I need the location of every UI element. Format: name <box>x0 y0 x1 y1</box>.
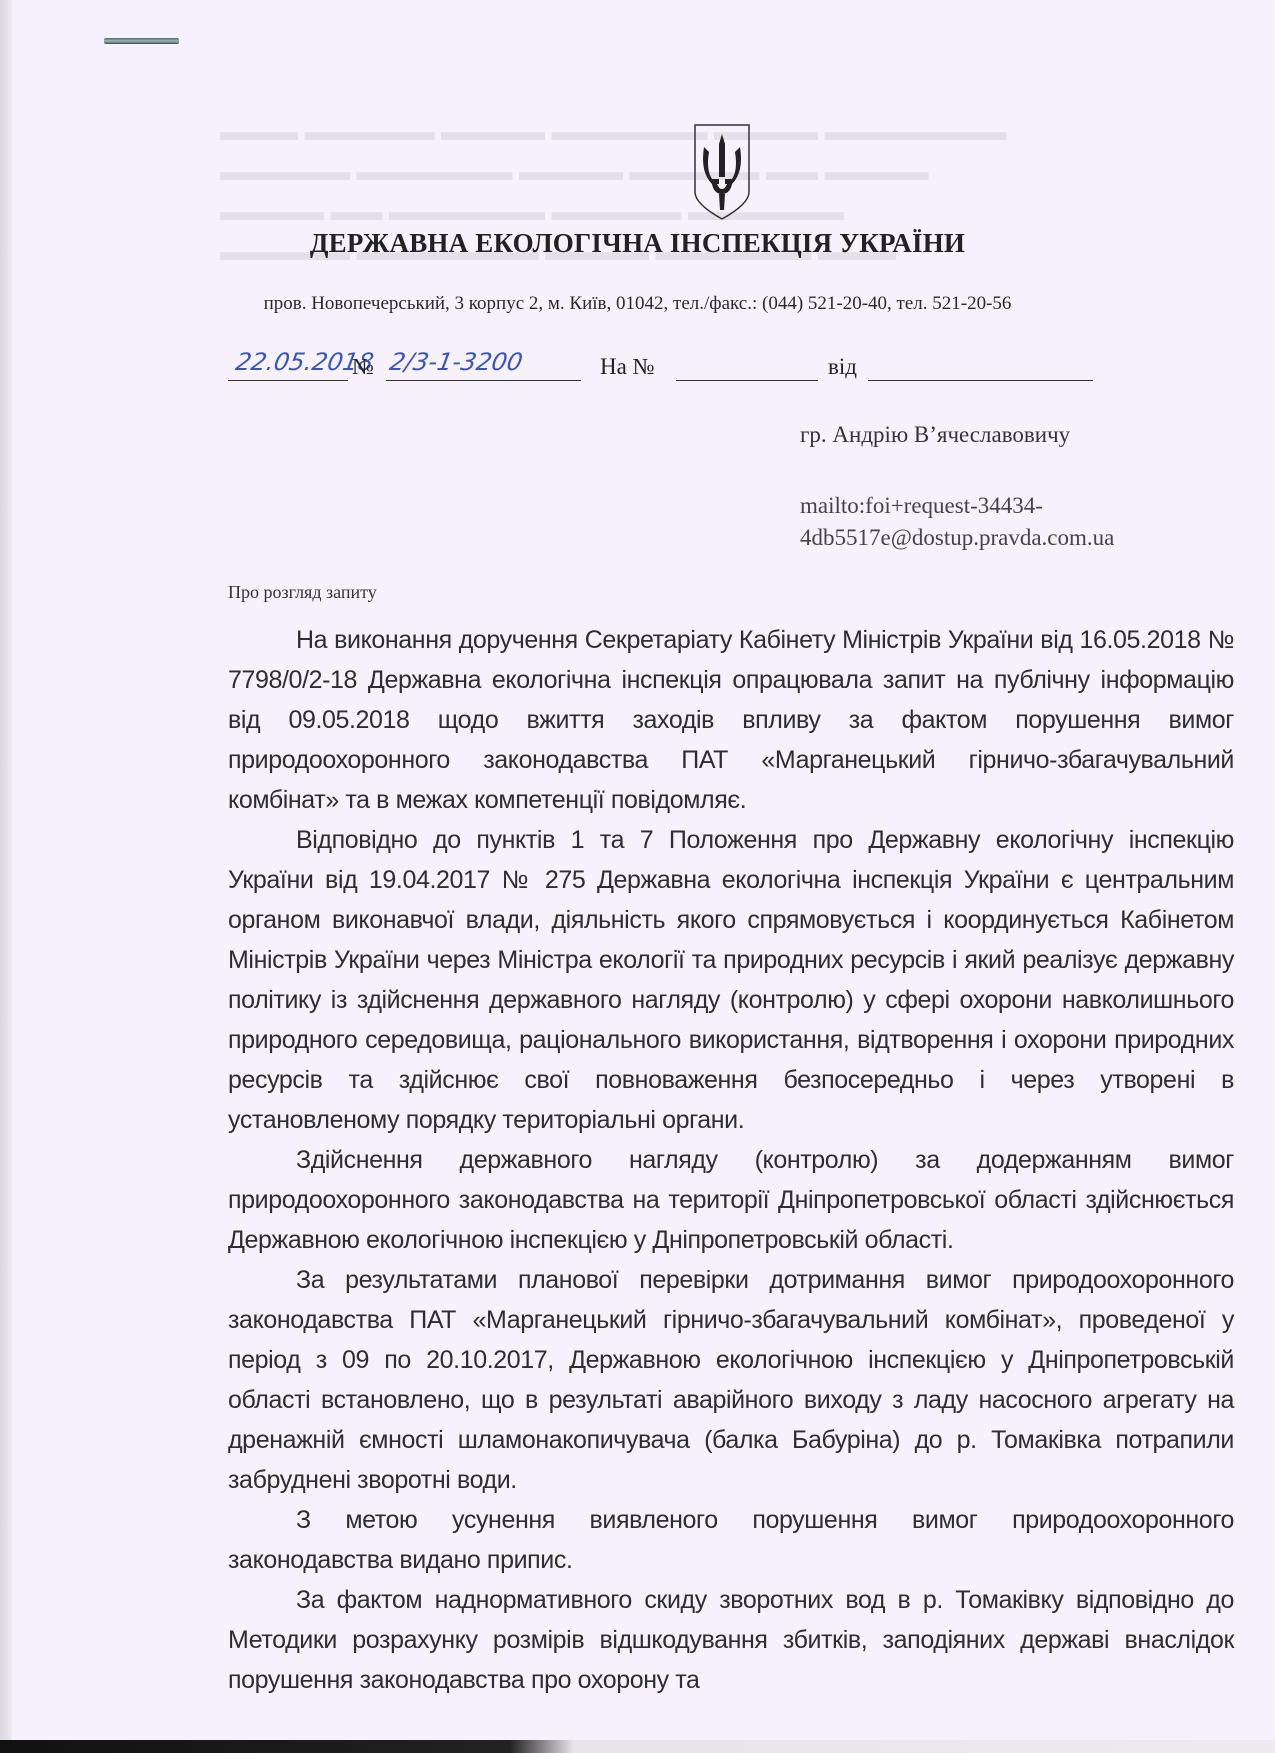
paragraph: За результатами планової перевірки дотри… <box>228 1260 1234 1500</box>
document-page: ▬▬▬ ▬▬▬▬▬ ▬▬▬▬ ▬▬▬▬▬▬ ▬▬▬▬ ▬▬▬▬▬▬▬▬▬▬▬▬ … <box>0 0 1275 1740</box>
paragraph: Здійснення державного нагляду (контролю)… <box>228 1140 1234 1260</box>
organization-title: ДЕРЖАВНА ЕКОЛОГІЧНА ІНСПЕКЦІЯ УКРАЇНИ <box>0 228 1275 259</box>
recipient-email: mailto:foi+request-34434- 4db5517e@dostu… <box>800 490 1240 554</box>
scan-bottom-edge <box>0 1740 1275 1753</box>
paragraph: На виконання доручення Секретаріату Кабі… <box>228 620 1234 820</box>
email-line-1: mailto:foi+request-34434- <box>800 490 1240 522</box>
from-date-blank <box>868 340 1093 381</box>
paragraph: Відповідно до пунктів 1 та 7 Положення п… <box>228 820 1234 1140</box>
outgoing-number: 2/3-1-3200 <box>388 348 525 376</box>
registration-line: 22.05.2018 № 2/3-1-3200 На № від <box>228 340 1228 390</box>
email-line-2: 4db5517e@dostup.pravda.com.ua <box>800 522 1240 554</box>
organization-address: пров. Новопечерський, 3 корпус 2, м. Киї… <box>0 293 1275 315</box>
coat-of-arms-icon <box>692 122 752 222</box>
paragraph: За фактом наднормативного скиду зворотни… <box>228 1580 1234 1700</box>
scan-edge <box>0 0 12 1740</box>
staple-mark <box>104 38 179 44</box>
number-label: № <box>352 354 374 380</box>
paragraph: З метою усунення виявленого порушення ви… <box>228 1500 1234 1580</box>
reply-to-number-blank <box>676 340 818 381</box>
letter-subject: Про розгляд запиту <box>228 582 377 603</box>
from-label: від <box>828 354 857 380</box>
reply-to-label: На № <box>600 354 655 380</box>
letter-body: На виконання доручення Секретаріату Кабі… <box>228 620 1234 1700</box>
recipient-name: гр. Андрію В’ячеславовичу <box>800 420 1070 450</box>
